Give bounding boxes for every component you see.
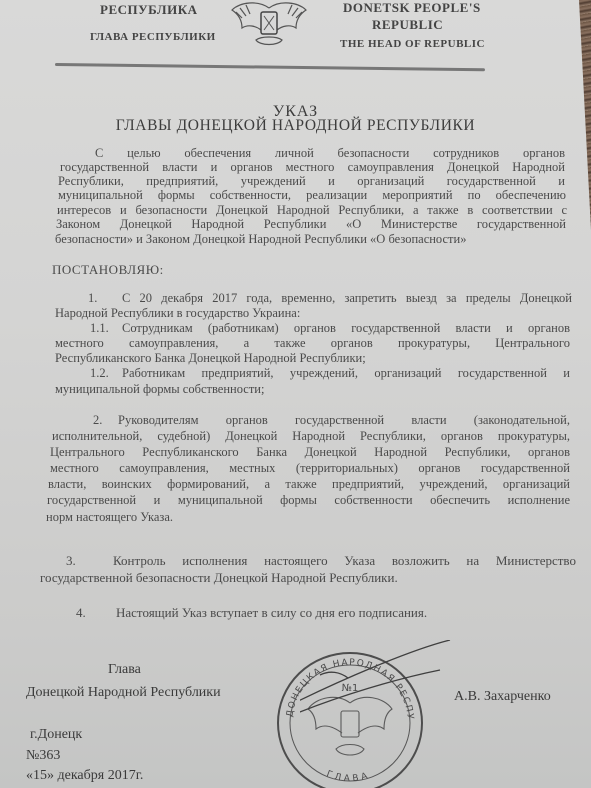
clause-line: норм настоящего Указа.: [46, 510, 173, 525]
handwritten-signature: [300, 640, 460, 730]
clause-line: исполнительной, судебной) Донецкой Народ…: [52, 429, 570, 444]
decree-document: РЕСПУБЛИКА ГЛАВА РЕСПУБЛИКИ DONETSK PEOP…: [0, 0, 591, 788]
preamble-line: государственной власти и органов местног…: [60, 160, 565, 175]
clause-line: Народной Республики в государство Украин…: [55, 306, 300, 321]
issue-city: г.Донецк: [30, 727, 82, 743]
clause-line: Центрального Республиканского Банка Доне…: [50, 445, 570, 460]
preamble-line: Республики, предприятий, учреждений и ор…: [58, 174, 565, 189]
coat-of-arms-eagle-icon: [228, 0, 310, 50]
clause-line: государственной безопасности Донецкой На…: [40, 570, 398, 586]
clause-line: Настоящий Указ вступает в силу со дня ег…: [116, 605, 427, 621]
clause-line: Контроль исполнения настоящего Указа воз…: [113, 553, 576, 569]
clause-line: муниципальной формы собственности;: [55, 382, 264, 397]
letterhead-right-republic: REPUBLIC: [372, 17, 443, 33]
clause-number: 4.: [76, 605, 86, 621]
resolve-heading: ПОСТАНОВЛЯЮ:: [52, 262, 164, 278]
clause-line: местного самоуправления, местных (террит…: [50, 461, 570, 476]
signatory-organization: Донецкой Народной Республики: [26, 685, 221, 701]
letterhead-left-republic: РЕСПУБЛИКА: [100, 2, 198, 18]
letterhead-divider: [55, 63, 485, 71]
clause-line: Сотрудникам (работникам) органов государ…: [122, 321, 570, 336]
preamble-line: муниципальной формы собственности, реали…: [58, 188, 566, 203]
clause-line: Руководителям органов государственной вл…: [118, 413, 570, 428]
letterhead-right-dpr: DONETSK PEOPLE'S: [343, 0, 481, 16]
clause-number: 1.: [88, 291, 97, 306]
preamble-line: С целью обеспечения личной безопасности …: [95, 146, 565, 161]
clause-line: власти, воинских формирований, а также п…: [48, 477, 570, 492]
seal-bottom-text: ГЛАВА: [325, 769, 372, 784]
clause-number: 1.2.: [90, 366, 109, 381]
letterhead-right-head: THE HEAD OF REPUBLIC: [340, 38, 485, 50]
preamble-line: безопасности» и Законом Донецкой Народно…: [55, 232, 466, 247]
clause-number: 2.: [93, 413, 102, 428]
preamble-line: Законом Донецкой Народной Республики «О …: [56, 217, 566, 232]
clause-line: Республиканского Банка Донецкой Народной…: [55, 351, 366, 366]
decree-subtitle: ГЛАВЫ ДОНЕЦКОЙ НАРОДНОЙ РЕСПУБЛИКИ: [0, 117, 591, 135]
clause-line: государственной и муниципальной формы со…: [47, 493, 570, 508]
clause-line: Работникам предприятий, учреждений, орга…: [122, 366, 570, 381]
clause-line: местного самоуправления, а также органов…: [55, 336, 570, 351]
decree-date: «15» декабря 2017г.: [26, 768, 143, 784]
preamble-line: интересов и безопасности Донецкой Народн…: [57, 203, 567, 218]
svg-text:ГЛАВА: ГЛАВА: [325, 769, 372, 784]
signatory-title: Глава: [108, 662, 141, 678]
signatory-name: А.В. Захарченко: [454, 689, 551, 705]
letterhead-left-head: ГЛАВА РЕСПУБЛИКИ: [90, 31, 216, 43]
clause-number: 1.1.: [90, 321, 109, 336]
clause-number: 3.: [66, 553, 76, 569]
clause-line: С 20 декабря 2017 года, временно, запрет…: [122, 291, 572, 306]
decree-number: №363: [26, 748, 60, 764]
